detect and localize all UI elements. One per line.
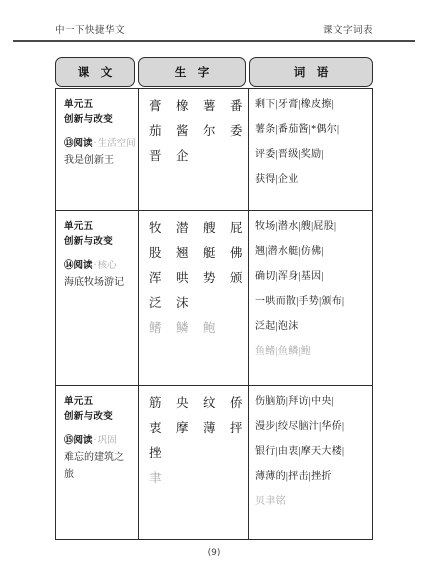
new-character: 摩 xyxy=(176,418,203,436)
new-characters-cell: 膏橡薯番茄酱尔委晋企 xyxy=(138,89,248,210)
lesson-number: ⑮ xyxy=(64,435,74,446)
new-character: 薯 xyxy=(203,96,230,114)
lesson-number: ⑬ xyxy=(64,138,74,149)
new-character: 衷 xyxy=(149,418,176,436)
words-cell: 剩下|牙膏|橡皮擦|薯条|番茄酱|*偶尔|评委|晋级|奖励|获得|企业 xyxy=(248,89,372,210)
word-line: 薄薄的|抨击|挫折 xyxy=(255,464,369,489)
new-character: 浑 xyxy=(149,268,176,286)
lesson-title: 难忘的建筑之旅 xyxy=(64,449,133,483)
new-character: 橡 xyxy=(176,96,203,114)
lesson-label: ⑮阅读·巩固 xyxy=(64,433,133,449)
unit-label: 单元五 xyxy=(64,97,133,112)
header-rule xyxy=(13,40,415,42)
word-line-extra: 鱼鳍|鱼鳞|鲍 xyxy=(255,339,369,364)
lesson-type: 阅读 xyxy=(74,260,93,271)
word-lines-extra: 鱼鳍|鱼鳞|鲍 xyxy=(255,339,369,364)
table-row: 单元五 创新与改变 ⑮阅读·巩固 难忘的建筑之旅 筋央纹侨衷摩薄抨挫 聿 伤脑筋… xyxy=(56,385,372,539)
lesson-label: ⑬阅读·生活空间 xyxy=(64,136,133,152)
word-line: 薯条|番茄酱|*偶尔| xyxy=(255,117,369,142)
vocabulary-table: 单元五 创新与改变 ⑬阅读·生活空间 我是创新王 膏橡薯番茄酱尔委晋企 剩下|牙… xyxy=(55,88,373,540)
new-character: 股 xyxy=(149,243,176,261)
extra-character: 鳞 xyxy=(176,318,203,336)
unit-label: 单元五 xyxy=(64,394,133,409)
new-character: 纹 xyxy=(203,393,230,411)
unit-theme: 创新与改变 xyxy=(64,234,133,249)
word-line: 翘|潜水艇|仿佛| xyxy=(255,239,369,264)
character-grid: 牧潜艘屁股翘艇佛浑哄势颁泛沫 xyxy=(139,214,248,314)
word-lines-extra: 贝聿铭 xyxy=(255,489,369,514)
extra-character: 鲍 xyxy=(203,318,230,336)
new-character: 泛 xyxy=(149,293,176,311)
unit-theme: 创新与改变 xyxy=(64,112,133,127)
lesson-label: ⑭阅读·核心 xyxy=(64,258,133,274)
word-line: 获得|企业 xyxy=(255,167,369,192)
page-number: (9) xyxy=(0,548,428,558)
word-line-extra: 贝聿铭 xyxy=(255,489,369,514)
unit-theme: 创新与改变 xyxy=(64,409,133,424)
unit-label: 单元五 xyxy=(64,219,133,234)
lesson-track: 巩固 xyxy=(98,435,117,446)
new-character: 势 xyxy=(203,268,230,286)
header-book-title: 中一下快捷华文 xyxy=(55,22,125,36)
lesson-info-cell: 单元五 创新与改变 ⑭阅读·核心 海底牧场游记 xyxy=(56,211,138,385)
lesson-track: 生活空间 xyxy=(98,138,136,149)
word-lines: 牧场|潜水|艘|屁股|翘|潜水艇|仿佛|确切|浑身|基因|一哄而散|手势|颁布|… xyxy=(255,214,369,339)
table-row: 单元五 创新与改变 ⑬阅读·生活空间 我是创新王 膏橡薯番茄酱尔委晋企 剩下|牙… xyxy=(56,89,372,210)
new-character: 企 xyxy=(176,146,203,164)
character-grid-extra: 聿 xyxy=(139,464,248,489)
column-header-words: 词 语 xyxy=(249,57,373,87)
new-character: 筋 xyxy=(149,393,176,411)
word-line: 确切|浑身|基因| xyxy=(255,264,369,289)
lesson-type: 阅读 xyxy=(74,138,93,149)
new-character: 薄 xyxy=(203,418,230,436)
new-characters-cell: 牧潜艘屁股翘艇佛浑哄势颁泛沫 鳍鳞鲍 xyxy=(138,211,248,385)
new-character: 挫 xyxy=(149,443,176,461)
words-cell: 伤脑筋|拜访|中央|漫步|绞尽脑汁|华侨|银行|由衷|摩天大楼|薄薄的|抨击|挫… xyxy=(248,386,372,539)
lesson-separator: · xyxy=(94,138,97,149)
words-cell: 牧场|潜水|艘|屁股|翘|潜水艇|仿佛|确切|浑身|基因|一哄而散|手势|颁布|… xyxy=(248,211,372,385)
new-character: 沫 xyxy=(176,293,203,311)
page-header: 中一下快捷华文 课文字词表 xyxy=(55,22,373,36)
lesson-title: 海底牧场游记 xyxy=(64,274,133,291)
new-character: 央 xyxy=(176,393,203,411)
lesson-info-cell: 单元五 创新与改变 ⑬阅读·生活空间 我是创新王 xyxy=(56,89,138,210)
new-character: 晋 xyxy=(149,146,176,164)
new-character: 翘 xyxy=(176,243,203,261)
column-header-characters: 生 字 xyxy=(138,57,246,87)
lesson-track: 核心 xyxy=(98,260,117,271)
table-column-headers: 课 文 生 字 词 语 xyxy=(55,57,373,87)
new-characters-cell: 筋央纹侨衷摩薄抨挫 聿 xyxy=(138,386,248,539)
new-character: 艘 xyxy=(203,218,230,236)
header-section-title: 课文字词表 xyxy=(323,22,373,36)
table-row: 单元五 创新与改变 ⑭阅读·核心 海底牧场游记 牧潜艘屁股翘艇佛浑哄势颁泛沫 鳍… xyxy=(56,210,372,385)
lesson-number: ⑭ xyxy=(64,260,74,271)
new-character: 膏 xyxy=(149,96,176,114)
new-character: 哄 xyxy=(176,268,203,286)
character-grid: 膏橡薯番茄酱尔委晋企 xyxy=(139,92,248,167)
new-character: 茄 xyxy=(149,121,176,139)
word-line: 漫步|绞尽脑汁|华侨| xyxy=(255,414,369,439)
new-character: 酱 xyxy=(176,121,203,139)
lesson-title: 我是创新王 xyxy=(64,152,133,169)
lesson-separator: · xyxy=(94,260,97,271)
word-line: 评委|晋级|奖励| xyxy=(255,142,369,167)
lesson-info-cell: 单元五 创新与改变 ⑮阅读·巩固 难忘的建筑之旅 xyxy=(56,386,138,539)
word-lines: 伤脑筋|拜访|中央|漫步|绞尽脑汁|华侨|银行|由衷|摩天大楼|薄薄的|抨击|挫… xyxy=(255,389,369,489)
lesson-type: 阅读 xyxy=(74,435,93,446)
new-character: 牧 xyxy=(149,218,176,236)
column-header-text: 课 文 xyxy=(55,57,135,87)
word-line: 剩下|牙膏|橡皮擦| xyxy=(255,92,369,117)
new-character: 尔 xyxy=(203,121,230,139)
word-line: 一哄而散|手势|颁布| xyxy=(255,289,369,314)
extra-character: 鳍 xyxy=(149,318,176,336)
document-page: 中一下快捷华文 课文字词表 课 文 生 字 词 语 单元五 创新与改变 ⑬阅读·… xyxy=(0,0,428,585)
word-line: 伤脑筋|拜访|中央| xyxy=(255,389,369,414)
extra-character: 聿 xyxy=(149,468,176,486)
character-grid-extra: 鳍鳞鲍 xyxy=(139,314,248,339)
word-lines: 剩下|牙膏|橡皮擦|薯条|番茄酱|*偶尔|评委|晋级|奖励|获得|企业 xyxy=(255,92,369,192)
word-line: 泛起|泡沫 xyxy=(255,314,369,339)
lesson-separator: · xyxy=(94,435,97,446)
character-grid: 筋央纹侨衷摩薄抨挫 xyxy=(139,389,248,464)
word-line: 银行|由衷|摩天大楼| xyxy=(255,439,369,464)
word-line: 牧场|潜水|艘|屁股| xyxy=(255,214,369,239)
new-character: 潜 xyxy=(176,218,203,236)
new-character: 艇 xyxy=(203,243,230,261)
